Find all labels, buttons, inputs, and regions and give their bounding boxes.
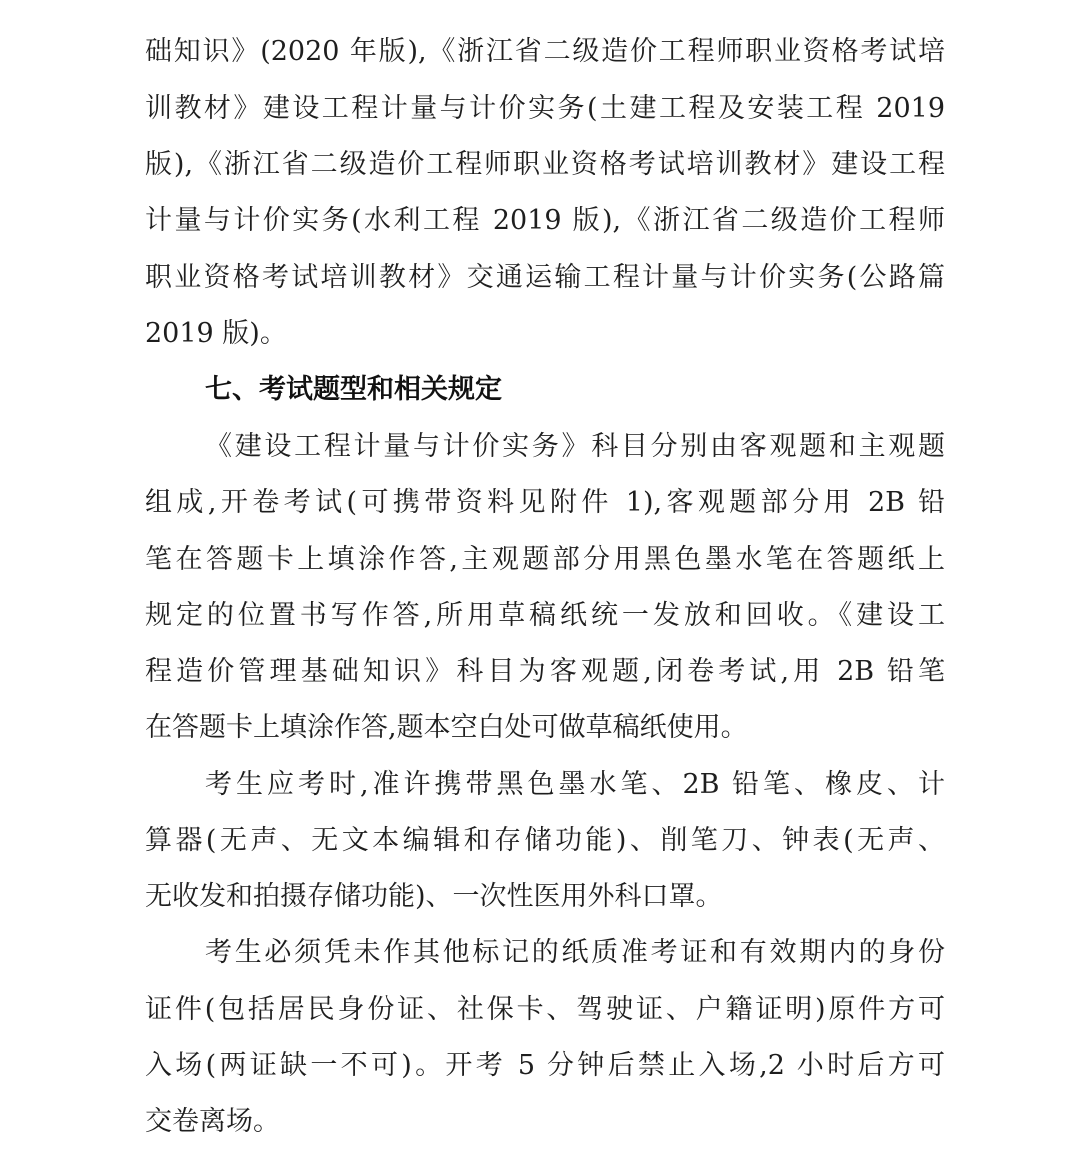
text-line: 笔在答题卡上填涂作答,主观题部分用黑色墨水笔在答题纸上 bbox=[145, 540, 945, 580]
document-page: 础知识》(2020 年版),《浙江省二级造价工程师职业资格考试培 训教材》建设工… bbox=[0, 0, 1080, 1156]
text-line: 无收发和拍摄存储功能)、一次性医用外科口罩。 bbox=[145, 877, 945, 917]
text-line: 考生必须凭未作其他标记的纸质准考证和有效期内的身份 bbox=[205, 933, 945, 973]
text-line: 《建设工程计量与计价实务》科目分别由客观题和主观题 bbox=[205, 427, 945, 467]
text-line: 计量与计价实务(水利工程 2019 版),《浙江省二级造价工程师 bbox=[145, 201, 945, 241]
section-heading: 七、考试题型和相关规定 bbox=[205, 370, 502, 410]
text-line: 程造价管理基础知识》科目为客观题,闭卷考试,用 2B 铅笔 bbox=[145, 652, 945, 692]
text-line: 入场(两证缺一不可)。开考 5 分钟后禁止入场,2 小时后方可 bbox=[145, 1046, 945, 1086]
text-line: 础知识》(2020 年版),《浙江省二级造价工程师职业资格考试培 bbox=[145, 32, 945, 72]
text-line: 训教材》建设工程计量与计价实务(土建工程及安装工程 2019 bbox=[145, 89, 945, 129]
text-line: 交卷离场。 bbox=[145, 1102, 945, 1142]
text-line: 2019 版)。 bbox=[145, 314, 945, 354]
text-line: 组成,开卷考试(可携带资料见附件 1),客观题部分用 2B 铅 bbox=[145, 483, 945, 523]
text-line: 考生应考时,准许携带黑色墨水笔、2B 铅笔、橡皮、计 bbox=[205, 765, 945, 805]
text-line: 版),《浙江省二级造价工程师职业资格考试培训教材》建设工程 bbox=[145, 145, 945, 185]
text-line: 在答题卡上填涂作答,题本空白处可做草稿纸使用。 bbox=[145, 708, 945, 748]
text-line: 证件(包括居民身份证、社保卡、驾驶证、户籍证明)原件方可 bbox=[145, 990, 945, 1030]
text-line: 职业资格考试培训教材》交通运输工程计量与计价实务(公路篇 bbox=[145, 258, 945, 298]
text-line: 算器(无声、无文本编辑和存储功能)、削笔刀、钟表(无声、 bbox=[145, 821, 945, 861]
text-line: 规定的位置书写作答,所用草稿纸统一发放和回收。《建设工 bbox=[145, 596, 945, 636]
